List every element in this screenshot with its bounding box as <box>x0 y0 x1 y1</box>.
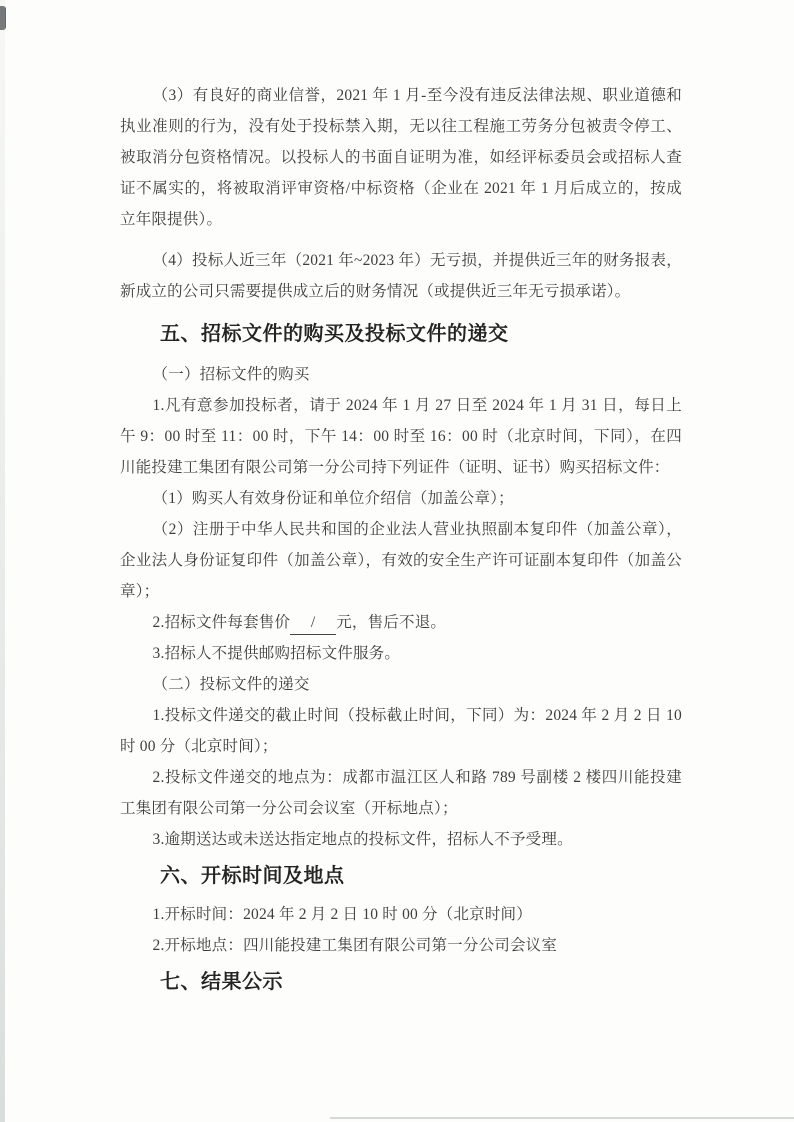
price-text-after: 元，售后不退。 <box>336 614 446 631</box>
scan-artifact-bottom-edge <box>330 1117 794 1119</box>
subsection-1-heading: （一）招标文件的购买 <box>120 359 682 390</box>
paragraph-no-loss: （4）投标人近三年（2021 年~2023 年）无亏损，并提供近三年的财务报表，… <box>120 245 682 307</box>
document-content: （3）有良好的商业信誉，2021 年 1 月-至今没有违反法律法规、职业道德和执… <box>120 80 682 1005</box>
price-blank-underline: / <box>290 612 336 635</box>
submit-item-3: 3.逾期送达或未送达指定地点的投标文件，招标人不予受理。 <box>120 824 682 855</box>
purchase-item-3: 3.招标人不提供邮购招标文件服务。 <box>120 638 682 669</box>
scan-artifact-left-edge <box>0 0 5 1122</box>
price-text-before: 2.招标文件每套售价 <box>153 614 291 631</box>
purchase-item-1-sub-1: （1）购买人有效身份证和单位介绍信（加盖公章）； <box>120 483 682 514</box>
paragraph-commercial-reputation: （3）有良好的商业信誉，2021 年 1 月-至今没有违反法律法规、职业道德和执… <box>120 80 682 235</box>
purchase-item-1-sub-2: （2）注册于中华人民共和国的企业法人营业执照副本复印件（加盖公章），企业法人身份… <box>120 514 682 607</box>
open-item-1: 1.开标时间：2024 年 2 月 2 日 10 时 00 分（北京时间） <box>120 899 682 930</box>
section-7-heading: 七、结果公示 <box>120 967 682 997</box>
subsection-2-heading: （二）投标文件的递交 <box>120 669 682 700</box>
submit-item-1: 1.投标文件递交的截止时间（投标截止时间，下同）为：2024 年 2 月 2 日… <box>120 700 682 762</box>
section-5-heading: 五、招标文件的购买及投标文件的递交 <box>120 319 682 349</box>
purchase-item-1: 1.凡有意参加投标者，请于 2024 年 1 月 27 日至 2024 年 1 … <box>120 390 682 483</box>
open-item-2: 2.开标地点：四川能投建工集团有限公司第一分公司会议室 <box>120 930 682 961</box>
submit-item-2: 2.投标文件递交的地点为：成都市温江区人和路 789 号副楼 2 楼四川能投建工… <box>120 762 682 824</box>
purchase-item-2-price-line: 2.招标文件每套售价/元，售后不退。 <box>120 607 682 638</box>
section-6-heading: 六、开标时间及地点 <box>120 861 682 891</box>
document-page: （3）有良好的商业信誉，2021 年 1 月-至今没有违反法律法规、职业道德和执… <box>0 0 794 1122</box>
